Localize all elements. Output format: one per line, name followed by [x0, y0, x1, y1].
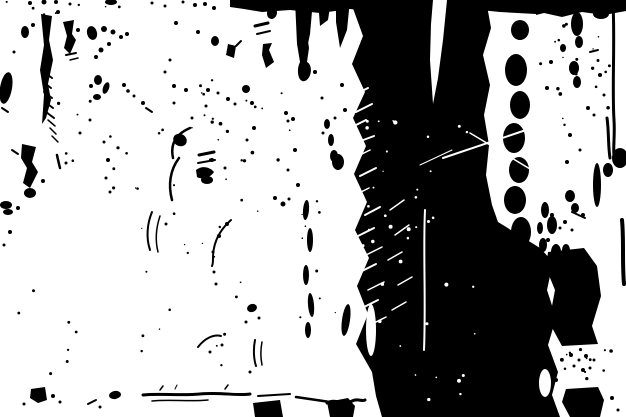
texture-mark — [573, 365, 576, 368]
texture-mark — [296, 183, 300, 187]
texture-mark — [466, 131, 468, 133]
texture-mark — [3, 209, 13, 215]
texture-mark — [216, 345, 218, 347]
texture-mark — [427, 220, 430, 223]
texture-mark — [505, 54, 527, 86]
texture-mark — [287, 120, 290, 123]
grunge-texture-image — [0, 0, 626, 417]
texture-mark — [575, 73, 578, 76]
texture-mark — [324, 119, 330, 129]
texture-mark — [591, 67, 594, 70]
texture-mark — [399, 260, 403, 264]
texture-mark — [141, 101, 145, 105]
texture-mark — [319, 297, 321, 299]
texture-mark — [381, 282, 384, 285]
texture-mark — [281, 202, 286, 207]
texture-mark — [584, 354, 588, 358]
texture-mark — [343, 108, 347, 112]
texture-mark — [99, 48, 104, 53]
texture-mark — [332, 154, 344, 170]
texture-mark — [539, 369, 551, 397]
texture-mark — [407, 237, 410, 240]
texture-mark — [217, 234, 221, 238]
texture-mark — [585, 377, 588, 380]
texture-mark — [335, 312, 336, 313]
texture-mark — [201, 176, 213, 184]
texture-mark — [334, 117, 337, 120]
texture-mark — [249, 371, 252, 374]
texture-mark — [223, 333, 226, 336]
texture-mark — [118, 6, 121, 9]
texture-mark — [243, 159, 246, 162]
texture-mark — [305, 225, 307, 227]
texture-mark — [287, 169, 290, 172]
texture-mark — [13, 51, 16, 54]
texture-mark — [65, 152, 68, 155]
texture-mark — [415, 374, 417, 376]
texture-mark — [554, 41, 556, 43]
texture-mark — [140, 350, 142, 352]
texture-mark — [125, 32, 129, 36]
texture-mark — [187, 252, 189, 254]
texture-mark — [457, 379, 461, 383]
texture-mark — [273, 196, 277, 200]
texture-mark — [213, 256, 215, 258]
texture-mark — [569, 61, 579, 75]
texture-mark — [565, 160, 569, 164]
texture-mark — [602, 369, 605, 372]
texture-mark — [99, 406, 102, 409]
texture-mark — [51, 394, 55, 398]
texture-mark — [382, 171, 383, 172]
texture-mark — [75, 331, 78, 334]
texture-mark — [622, 220, 624, 284]
texture-mark — [444, 283, 448, 287]
texture-mark — [554, 378, 558, 382]
texture-mark — [511, 20, 529, 40]
texture-mark — [136, 187, 139, 190]
texture-mark — [541, 202, 549, 218]
texture-mark — [288, 198, 291, 201]
texture-mark — [211, 79, 213, 81]
texture-mark — [371, 240, 374, 243]
texture-mark — [122, 83, 126, 87]
texture-mark — [143, 393, 250, 395]
texture-mark — [235, 295, 238, 298]
texture-mark — [173, 102, 176, 105]
texture-mark — [313, 70, 317, 74]
texture-mark — [562, 24, 566, 28]
texture-mark — [184, 88, 188, 92]
texture-mark — [72, 159, 75, 162]
texture-mark — [575, 58, 578, 61]
texture-mark — [174, 21, 178, 25]
texture-mark — [560, 44, 566, 52]
texture-mark — [472, 286, 474, 288]
texture-mark — [242, 85, 250, 93]
texture-mark — [172, 84, 176, 88]
texture-mark — [281, 92, 283, 94]
texture-mark — [407, 227, 411, 231]
texture-mark — [593, 9, 609, 19]
texture-mark — [546, 238, 550, 242]
texture-mark — [65, 162, 68, 165]
texture-mark — [196, 30, 200, 34]
texture-mark — [234, 103, 237, 106]
texture-mark — [224, 167, 227, 170]
texture-mark — [566, 354, 568, 356]
texture-mark — [202, 243, 203, 244]
texture-mark — [291, 117, 295, 121]
texture-mark — [66, 360, 69, 363]
texture-mark — [212, 251, 215, 254]
texture-mark — [203, 2, 207, 6]
texture-mark — [8, 230, 12, 234]
texture-mark — [563, 124, 565, 126]
texture-mark — [161, 129, 164, 132]
texture-mark — [321, 97, 324, 100]
texture-mark — [217, 92, 220, 95]
texture-mark — [31, 23, 35, 27]
texture-mark — [504, 186, 526, 214]
texture-mark — [159, 328, 160, 329]
texture-mark — [556, 87, 559, 90]
texture-mark — [578, 359, 581, 362]
texture-mark — [506, 313, 528, 339]
texture-mark — [240, 199, 243, 202]
texture-mark — [289, 129, 291, 131]
texture-mark — [595, 85, 598, 88]
texture-mark — [510, 91, 530, 119]
texture-mark — [57, 102, 60, 105]
texture-mark — [426, 322, 429, 325]
texture-mark — [212, 6, 216, 10]
texture-mark — [112, 186, 115, 189]
texture-mark — [193, 3, 197, 7]
texture-mark — [41, 179, 45, 183]
texture-mark — [306, 330, 308, 332]
texture-mark — [586, 106, 590, 110]
texture-mark — [169, 59, 172, 62]
texture-mark — [543, 259, 553, 277]
texture-mark — [93, 94, 101, 100]
texture-mark — [101, 26, 107, 32]
texture-mark — [593, 114, 596, 117]
texture-mark — [315, 270, 318, 273]
texture-mark — [151, 2, 154, 5]
texture-mark — [366, 120, 369, 123]
texture-mark — [28, 1, 32, 5]
texture-mark — [367, 205, 370, 208]
texture-mark — [225, 178, 227, 180]
texture-mark — [16, 206, 20, 210]
texture-mark — [546, 248, 601, 346]
texture-mark — [55, 12, 57, 14]
texture-mark — [613, 4, 614, 156]
texture-mark — [246, 139, 249, 142]
texture-mark — [537, 222, 543, 234]
texture-mark — [617, 409, 620, 412]
texture-mark — [293, 148, 297, 152]
texture-mark — [474, 333, 476, 335]
texture-mark — [199, 84, 202, 87]
texture-mark — [107, 42, 111, 46]
texture-mark — [610, 396, 614, 400]
texture-mark — [240, 159, 242, 161]
texture-mark — [212, 118, 214, 120]
texture-mark — [165, 223, 168, 226]
texture-mark — [217, 139, 219, 141]
texture-mark — [245, 321, 248, 324]
texture-mark — [549, 60, 553, 64]
texture-mark — [340, 83, 344, 87]
texture-mark — [17, 312, 20, 315]
texture-mark — [261, 107, 263, 109]
texture-mark — [571, 12, 583, 36]
texture-mark — [609, 349, 613, 353]
texture-mark — [569, 352, 571, 354]
texture-mark — [307, 228, 313, 252]
texture-mark — [284, 111, 288, 115]
texture-mark — [182, 1, 185, 4]
texture-mark — [109, 135, 112, 138]
texture-mark — [550, 213, 554, 217]
texture-mark — [415, 226, 417, 228]
grunge-texture-svg — [0, 0, 626, 417]
texture-mark — [511, 217, 531, 247]
texture-mark — [135, 187, 137, 189]
texture-mark — [164, 71, 167, 74]
texture-mark — [3, 244, 6, 247]
texture-mark — [575, 36, 583, 48]
texture-mark — [164, 5, 167, 8]
texture-mark — [565, 190, 575, 202]
texture-mark — [173, 184, 175, 186]
texture-mark — [206, 88, 210, 92]
texture-mark — [509, 157, 529, 183]
texture-mark — [592, 48, 593, 49]
texture-mark — [551, 244, 561, 260]
texture-mark — [459, 393, 461, 395]
texture-mark — [571, 229, 574, 232]
texture-mark — [603, 94, 606, 97]
texture-mark — [119, 35, 123, 39]
texture-mark — [563, 220, 567, 224]
texture-mark — [562, 387, 604, 417]
texture-mark — [21, 26, 29, 38]
texture-mark — [145, 271, 147, 273]
texture-mark — [589, 367, 592, 370]
texture-mark — [43, 13, 45, 15]
texture-mark — [94, 55, 98, 59]
texture-mark — [126, 89, 130, 93]
texture-mark — [211, 120, 214, 123]
texture-mark — [510, 282, 530, 310]
texture-mark — [205, 105, 208, 108]
texture-mark — [213, 271, 216, 274]
texture-mark — [94, 75, 102, 85]
texture-mark — [593, 359, 596, 362]
texture-mark — [32, 7, 35, 10]
texture-mark — [573, 76, 581, 88]
texture-mark — [191, 117, 194, 120]
texture-mark — [257, 210, 259, 212]
texture-mark — [386, 150, 388, 152]
texture-mark — [328, 134, 334, 146]
texture-mark — [141, 228, 142, 229]
texture-mark — [539, 62, 542, 65]
texture-mark — [112, 167, 115, 170]
texture-mark — [116, 146, 119, 149]
texture-mark — [173, 212, 176, 215]
texture-mark — [254, 106, 257, 109]
texture-mark — [219, 226, 221, 228]
texture-mark — [586, 358, 588, 360]
texture-mark — [322, 132, 325, 135]
texture-mark — [305, 322, 311, 338]
texture-mark — [67, 349, 69, 351]
texture-mark — [245, 100, 247, 102]
texture-mark — [301, 214, 302, 215]
texture-mark — [427, 136, 430, 139]
texture-mark — [6, 1, 8, 3]
texture-mark — [424, 210, 425, 350]
texture-mark — [299, 316, 301, 318]
texture-mark — [604, 349, 606, 351]
texture-mark — [23, 403, 26, 406]
texture-mark — [76, 28, 80, 32]
texture-mark — [606, 106, 610, 110]
texture-mark — [503, 123, 525, 153]
texture-mark — [226, 97, 230, 101]
texture-mark — [225, 222, 229, 226]
texture-mark — [204, 174, 207, 177]
texture-mark — [209, 351, 212, 354]
texture-mark — [59, 401, 62, 404]
texture-mark — [316, 200, 318, 202]
texture-mark — [373, 187, 375, 189]
texture-mark — [366, 304, 376, 356]
texture-mark — [430, 170, 432, 172]
texture-mark — [250, 101, 254, 105]
texture-mark — [201, 92, 203, 94]
texture-mark — [368, 229, 370, 231]
texture-mark — [253, 400, 283, 417]
texture-mark — [393, 120, 397, 124]
texture-mark — [378, 319, 382, 323]
texture-mark — [608, 64, 611, 67]
texture-mark — [219, 122, 223, 126]
texture-mark — [603, 163, 613, 177]
texture-mark — [568, 133, 572, 137]
texture-mark — [152, 400, 208, 401]
texture-mark — [89, 100, 92, 103]
texture-mark — [389, 225, 393, 229]
texture-mark — [220, 364, 222, 366]
texture-mark — [209, 158, 211, 160]
texture-mark — [67, 321, 70, 324]
texture-mark — [303, 265, 309, 285]
texture-mark — [158, 132, 161, 135]
texture-mark — [54, 0, 58, 4]
texture-mark — [584, 371, 586, 373]
texture-mark — [89, 119, 92, 122]
texture-mark — [416, 189, 418, 191]
texture-mark — [125, 152, 128, 155]
texture-mark — [462, 374, 465, 377]
texture-mark — [562, 244, 570, 256]
texture-mark — [24, 188, 36, 198]
texture-mark — [579, 149, 582, 152]
texture-mark — [547, 216, 557, 234]
texture-mark — [505, 250, 527, 278]
texture-mark — [78, 4, 80, 6]
texture-mark — [365, 126, 368, 129]
texture-mark — [579, 348, 582, 351]
texture-mark — [215, 283, 218, 286]
texture-mark — [593, 163, 601, 207]
texture-mark — [251, 151, 255, 155]
texture-mark — [133, 95, 136, 98]
texture-mark — [141, 334, 144, 337]
texture-mark — [435, 377, 437, 379]
texture-mark — [598, 36, 600, 38]
texture-mark — [203, 114, 205, 116]
texture-mark — [564, 367, 567, 370]
texture-mark — [106, 158, 110, 162]
texture-mark — [562, 57, 563, 58]
texture-mark — [545, 86, 549, 90]
texture-mark — [558, 39, 561, 42]
texture-mark — [432, 217, 435, 220]
texture-mark — [539, 238, 547, 252]
texture-mark — [604, 71, 607, 74]
texture-mark — [89, 84, 93, 88]
texture-mark — [598, 73, 602, 77]
texture-mark — [168, 309, 171, 312]
texture-mark — [105, 177, 108, 180]
texture-mark — [211, 36, 219, 46]
texture-mark — [32, 289, 35, 292]
texture-mark — [562, 118, 564, 120]
texture-mark — [103, 141, 106, 144]
texture-mark — [589, 358, 592, 361]
texture-mark — [105, 6, 107, 8]
texture-mark — [191, 127, 193, 129]
texture-mark — [378, 120, 380, 122]
texture-mark — [226, 130, 229, 133]
texture-mark — [49, 372, 52, 375]
texture-mark — [318, 211, 321, 214]
texture-mark — [276, 158, 279, 161]
texture-mark — [69, 3, 72, 6]
texture-mark — [301, 237, 303, 239]
texture-mark — [362, 244, 365, 247]
texture-mark — [0, 201, 12, 209]
texture-mark — [384, 214, 387, 217]
texture-mark — [252, 126, 256, 130]
texture-mark — [399, 345, 401, 347]
texture-mark — [79, 132, 82, 135]
texture-mark — [221, 344, 224, 347]
texture-mark — [427, 398, 430, 401]
texture-mark — [184, 244, 185, 245]
texture-mark — [202, 93, 205, 96]
texture-mark — [597, 59, 600, 62]
texture-mark — [560, 358, 564, 362]
texture-mark — [415, 196, 418, 199]
texture-mark — [77, 114, 79, 116]
